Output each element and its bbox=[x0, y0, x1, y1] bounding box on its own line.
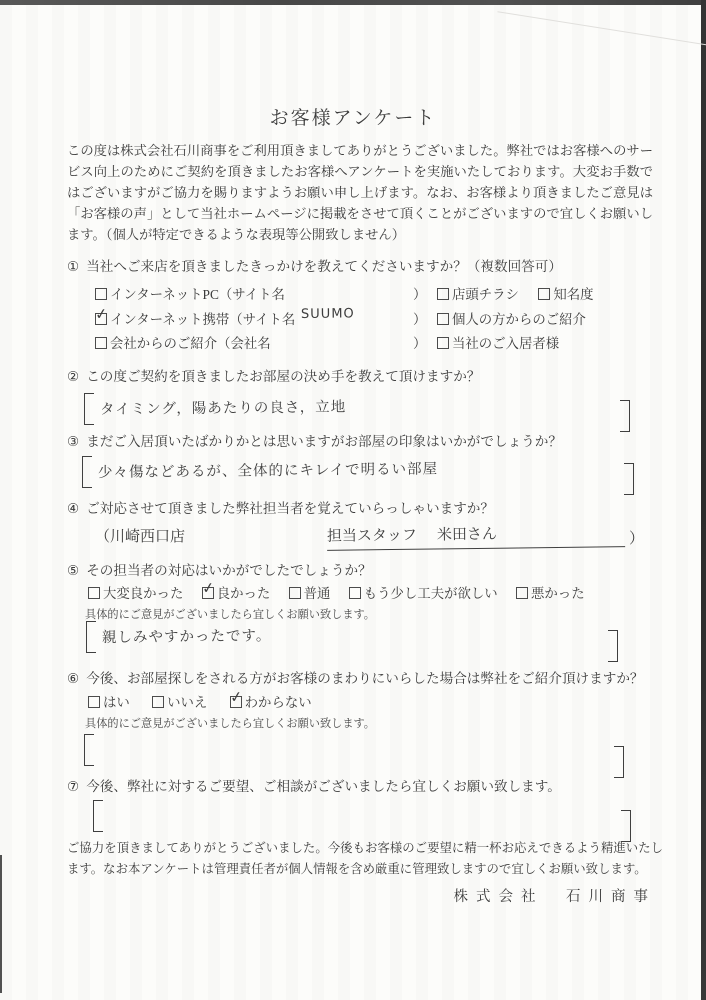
close-paren: ） bbox=[629, 527, 644, 548]
checkbox-very-good[interactable]: 大変良かった bbox=[88, 583, 183, 602]
bracket-right bbox=[624, 463, 634, 495]
q6-answer-area bbox=[84, 734, 624, 770]
scan-corner-crease bbox=[497, 11, 706, 50]
question-3-text: まだご入居頂いたばかりかとは思いますがお部屋の印象はいかがでしょうか？ bbox=[86, 434, 562, 449]
question-5: ⑤その担当者の対応はいかがでしたでしょうか？ bbox=[67, 562, 372, 580]
checkbox-box-icon[interactable] bbox=[289, 587, 301, 599]
checkbox-good[interactable]: ✓良かった bbox=[202, 583, 271, 602]
checkbox-company-referral[interactable]: 会社からのご紹介（会社名 bbox=[95, 333, 271, 352]
bracket-right bbox=[608, 630, 618, 662]
checkbox-internet-pc[interactable]: インターネットPC（サイト名 bbox=[95, 284, 285, 303]
staff-label: 担当スタッフ bbox=[327, 528, 417, 545]
option-label: 悪かった bbox=[531, 586, 585, 601]
question-4: ④ご対応させて頂きました弊社担当者を覚えていらっしゃいますか？ bbox=[67, 500, 494, 518]
question-2-number: ② bbox=[67, 369, 79, 384]
option-label: 店頭チラシ bbox=[452, 287, 519, 302]
question-1-text: 当社へご来店を頂きましたきっかけを教えてくださいますか？（複数回答可） bbox=[86, 259, 562, 274]
checkbox-needs-improvement[interactable]: もう少し工夫が欲しい bbox=[349, 583, 498, 602]
question-1-options: インターネットPC（サイト名 ） 店頭チラシ 知名度 ✓インターネット携帯（サイ… bbox=[95, 284, 675, 358]
checkbox-box-icon[interactable] bbox=[437, 288, 449, 300]
q1-row-internet-pc: インターネットPC（サイト名 ） 店頭チラシ 知名度 bbox=[95, 284, 675, 309]
checkbox-box-icon[interactable]: ✓ bbox=[230, 696, 242, 708]
option-label: 個人の方からのご紹介 bbox=[452, 312, 586, 327]
store-name: （川崎西口店 bbox=[95, 529, 185, 545]
question-4-text: ご対応させて頂きました弊社担当者を覚えていらっしゃいますか？ bbox=[86, 501, 494, 516]
q5-handwritten-answer: 親しみやすかったです。 bbox=[102, 624, 272, 647]
question-6-number: ⑥ bbox=[67, 671, 79, 686]
q5-note: 具体的にご意見がございましたら宜しくお願い致します。 bbox=[85, 606, 375, 622]
question-6: ⑥今後、お部屋探しをされる方がお客様のまわりにいらした場合は弊社をご紹介頂けます… bbox=[67, 670, 644, 688]
checkbox-internet-mobile[interactable]: ✓インターネット携帯（サイト名 bbox=[95, 309, 295, 328]
q1-row-company-referral: 会社からのご紹介（会社名 ） 当社のご入居者様 bbox=[95, 333, 675, 358]
checkbox-box-icon[interactable]: ✓ bbox=[202, 587, 214, 599]
checkmark-icon: ✓ bbox=[94, 304, 109, 324]
bracket-left bbox=[86, 621, 96, 653]
close-paren: ） bbox=[413, 284, 426, 303]
q5-answer-area: 親しみやすかったです。 bbox=[86, 621, 618, 655]
page-title: お客様アンケート bbox=[0, 103, 706, 130]
checkbox-box-icon[interactable] bbox=[95, 288, 107, 300]
checkbox-box-icon[interactable] bbox=[88, 587, 100, 599]
scan-edge-left bbox=[0, 855, 2, 993]
q6-options: はい いいえ ✓わからない bbox=[88, 692, 331, 711]
handwritten-site-name: SUUMO bbox=[301, 306, 355, 322]
checkbox-box-icon[interactable] bbox=[437, 313, 449, 325]
q7-answer-area bbox=[93, 798, 631, 834]
checkbox-box-icon[interactable] bbox=[349, 587, 361, 599]
bracket-left bbox=[84, 393, 94, 425]
bracket-left bbox=[82, 456, 92, 488]
option-label: はい bbox=[103, 695, 130, 710]
option-label: もう少し工夫が欲しい bbox=[364, 586, 498, 601]
checkbox-box-icon[interactable] bbox=[516, 587, 528, 599]
question-5-number: ⑤ bbox=[67, 563, 79, 578]
option-label: 当社のご入居者様 bbox=[452, 336, 559, 351]
checkmark-icon: ✓ bbox=[228, 687, 243, 707]
scanned-survey-page: お客様アンケート この度は株式会社石川商事をご利用頂きましてありがとうございまし… bbox=[0, 0, 706, 1000]
question-5-text: その担当者の対応はいかがでしたでしょうか？ bbox=[86, 563, 371, 578]
checkbox-no[interactable]: いいえ bbox=[152, 692, 207, 711]
question-3-number: ③ bbox=[67, 434, 79, 449]
q6-note: 具体的にご意見がございましたら宜しくお願い致します。 bbox=[85, 715, 375, 731]
checkbox-box-icon[interactable] bbox=[88, 696, 100, 708]
option-label: 知名度 bbox=[553, 287, 593, 302]
question-2: ②この度ご契約を頂きましたお部屋の決め手を教えて頂けますか？ bbox=[67, 368, 480, 386]
bracket-left bbox=[84, 734, 94, 766]
handwritten-staff-name: 米田さん bbox=[437, 525, 497, 544]
checkbox-box-icon[interactable] bbox=[538, 288, 550, 300]
question-4-number: ④ bbox=[67, 501, 79, 516]
checkbox-current-tenant[interactable]: 当社のご入居者様 bbox=[437, 333, 559, 352]
bracket-right bbox=[620, 400, 630, 432]
bracket-right bbox=[614, 746, 624, 778]
checkbox-box-icon[interactable] bbox=[437, 337, 449, 349]
option-label: いいえ bbox=[167, 695, 207, 710]
checkbox-box-icon[interactable] bbox=[152, 696, 164, 708]
checkbox-store-flyer[interactable]: 店頭チラシ bbox=[437, 284, 519, 303]
option-label: インターネット携帯（サイト名 bbox=[110, 312, 295, 327]
checkbox-yes[interactable]: はい bbox=[88, 692, 130, 711]
close-paren: ） bbox=[413, 309, 426, 328]
staff-underline: 担当スタッフ米田さん bbox=[327, 521, 625, 551]
question-6-text: 今後、お部屋探しをされる方がお客様のまわりにいらした場合は弊社をご紹介頂けますか… bbox=[86, 671, 643, 686]
q3-answer-area: 少々傷などあるが、全体的にキレイで明るい部屋 bbox=[82, 456, 634, 490]
question-1-number: ① bbox=[67, 259, 79, 274]
checkmark-icon: ✓ bbox=[201, 578, 216, 598]
checkbox-unsure[interactable]: ✓わからない bbox=[230, 692, 312, 711]
closing-paragraph: ご協力を頂きましてありがとうございました。今後もお客様のご要望に精一杯お応えでき… bbox=[67, 838, 663, 880]
checkbox-name-recognition[interactable]: 知名度 bbox=[538, 284, 593, 303]
checkbox-bad[interactable]: 悪かった bbox=[516, 583, 585, 602]
checkbox-normal[interactable]: 普通 bbox=[289, 583, 331, 602]
question-3: ③まだご入居頂いたばかりかとは思いますがお部屋の印象はいかがでしょうか？ bbox=[67, 433, 562, 451]
close-paren: ） bbox=[413, 333, 426, 352]
q4-staff-line: （川崎西口店 担当スタッフ米田さん ） bbox=[95, 525, 655, 555]
q3-handwritten-answer: 少々傷などあるが、全体的にキレイで明るい部屋 bbox=[98, 457, 438, 482]
bracket-left bbox=[93, 800, 103, 832]
question-7: ⑦今後、弊社に対するご要望、ご相談がございましたら宜しくお願い致します。 bbox=[67, 778, 561, 796]
question-7-number: ⑦ bbox=[67, 779, 79, 794]
checkbox-box-icon[interactable] bbox=[95, 337, 107, 349]
question-1: ①当社へご来店を頂きましたきっかけを教えてくださいますか？（複数回答可） bbox=[67, 258, 562, 276]
q1-row-internet-mobile: ✓インターネット携帯（サイト名 SUUMO ） 個人の方からのご紹介 bbox=[95, 309, 675, 334]
option-label: 会社からのご紹介（会社名 bbox=[110, 336, 271, 351]
question-2-text: この度ご契約を頂きましたお部屋の決め手を教えて頂けますか？ bbox=[86, 369, 480, 384]
checkbox-personal-referral[interactable]: 個人の方からのご紹介 bbox=[437, 309, 586, 328]
option-label: 普通 bbox=[304, 586, 331, 601]
option-label: 大変良かった bbox=[103, 586, 183, 601]
question-7-text: 今後、弊社に対するご要望、ご相談がございましたら宜しくお願い致します。 bbox=[86, 779, 561, 794]
option-label: インターネットPC（サイト名 bbox=[110, 287, 285, 302]
q2-answer-area: タイミング，陽あたりの良さ，立地 bbox=[84, 393, 630, 427]
company-name: 株式会社 石川商事 bbox=[0, 885, 656, 906]
option-label: わからない bbox=[245, 695, 312, 710]
q2-handwritten-answer: タイミング，陽あたりの良さ，立地 bbox=[100, 395, 346, 419]
q5-options: 大変良かった ✓良かった 普通 もう少し工夫が欲しい 悪かった bbox=[88, 583, 600, 602]
checkbox-box-icon[interactable]: ✓ bbox=[95, 313, 107, 325]
scan-edge-top bbox=[0, 0, 706, 5]
scan-edge-right bbox=[701, 0, 706, 1000]
option-label: 良かった bbox=[217, 586, 271, 601]
intro-paragraph: この度は株式会社石川商事をご利用頂きましてありがとうございました。弊社ではお客様… bbox=[67, 141, 653, 246]
